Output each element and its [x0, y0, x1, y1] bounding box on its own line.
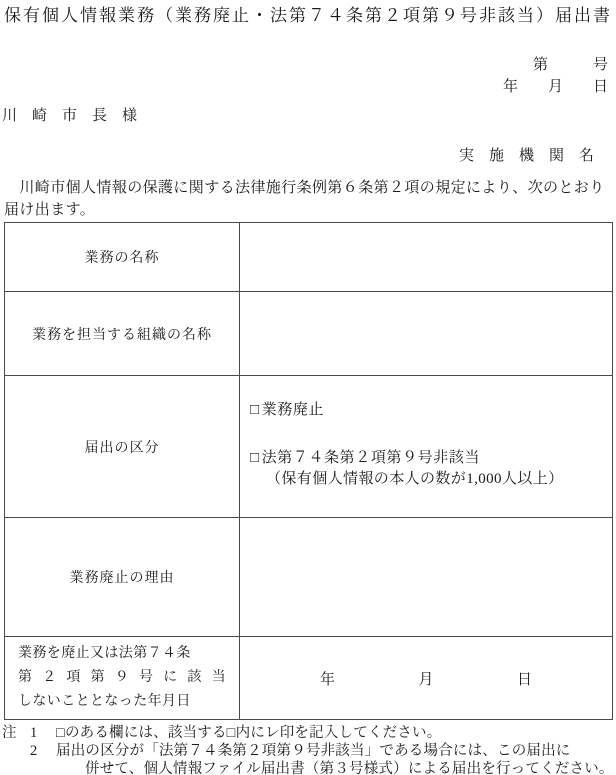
notes-section: 注 1 □のある欄には、該当する□内にレ印を記入してください。 2 届出の区分が… — [2, 724, 616, 775]
day-label: 日 — [517, 668, 532, 689]
organization-name-label: 業務を担当する組織の名称 — [5, 292, 240, 376]
intro-line: 川崎市個人情報の保護に関する法律施行条例第６条第２項の規定により、次のとおり — [4, 177, 614, 199]
option-label: 法第７４条第２項第９号非該当 — [262, 450, 480, 466]
date-of-change-label-line: しないこととなった年月日 — [18, 690, 226, 714]
note-item-2-continuation: 併せて、個人情報ファイル届出書（第３号様式）による届出を行ってください。 — [2, 760, 616, 775]
note-marker-spacer — [2, 742, 30, 760]
notification-category-options: □業務廃止 □法第７４条第２項第９号非該当 （保有個人情報の本人の数が1,000… — [240, 376, 613, 518]
date-of-change-value-cell: 年 月 日 — [240, 637, 613, 720]
table-row-abolition-reason: 業務廃止の理由 — [5, 518, 613, 637]
note-item-2: 2 届出の区分が「法第７４条第２項第９号非該当」である場合には、この届出に — [2, 742, 616, 760]
intro-paragraph: 川崎市個人情報の保護に関する法律施行条例第６条第２項の規定により、次のとおり 届… — [4, 177, 614, 221]
note-number-spacer — [30, 760, 56, 775]
business-name-value-cell — [240, 223, 613, 292]
note-text: 届出の区分が「法第７４条第２項第９号非該当」である場合には、この届出に — [56, 742, 616, 760]
date-of-change-label-line: 第２項第９号に該当 — [18, 666, 226, 690]
date-placeholder-row: 年 月 日 — [320, 668, 532, 689]
date-of-change-label-line: 業務を廃止又は法第７４条 — [18, 642, 226, 666]
addressee-line: 川 崎 市 長 様 — [2, 108, 616, 124]
business-name-label: 業務の名称 — [5, 223, 240, 292]
header-right-block: 第 号 年 月 日 — [0, 57, 616, 95]
organization-name-value-cell — [240, 292, 613, 376]
month-label: 月 — [418, 668, 433, 689]
table-row-notification-category: 届出の区分 □業務廃止 □法第７４条第２項第９号非該当 （保有個人情報の本人の数… — [5, 376, 613, 518]
notification-category-label: 届出の区分 — [5, 376, 240, 518]
option-business-abolition: □業務廃止 — [250, 400, 606, 421]
note-text: 併せて、個人情報ファイル届出書（第３号様式）による届出を行ってください。 — [56, 760, 616, 775]
document-page: 保有個人情報業務（業務廃止・法第７４条第２項第９号非該当）届出書 第 号 年 月… — [0, 0, 616, 775]
document-title: 保有個人情報業務（業務廃止・法第７４条第２項第９号非該当）届出書 — [4, 5, 616, 27]
table-row-date-of-change: 業務を廃止又は法第７４条 第２項第９号に該当 しないこととなった年月日 年 月 … — [5, 637, 613, 720]
table-row-organization-name: 業務を担当する組織の名称 — [5, 292, 613, 376]
intro-line: 届け出ます。 — [4, 199, 614, 221]
agency-name-label: 実 施 機 関 名 — [0, 148, 616, 164]
date-of-change-label: 業務を廃止又は法第７４条 第２項第９号に該当 しないこととなった年月日 — [5, 637, 240, 720]
option-article74-exemption: □法第７４条第２項第９号非該当 （保有個人情報の本人の数が1,000人以上） — [250, 448, 606, 490]
abolition-reason-value-cell — [240, 518, 613, 637]
note-marker-spacer — [2, 760, 30, 775]
note-number: 1 — [30, 724, 56, 742]
checkbox-icon: □ — [250, 402, 260, 418]
note-text: □のある欄には、該当する□内にレ印を記入してください。 — [56, 724, 616, 742]
note-item-1: 注 1 □のある欄には、該当する□内にレ印を記入してください。 — [2, 724, 616, 742]
table-row-business-name: 業務の名称 — [5, 223, 613, 292]
doc-number-line: 第 号 — [0, 57, 608, 73]
notification-form-table: 業務の名称 業務を担当する組織の名称 届出の区分 □業務廃止 □法第７４条第２項… — [4, 222, 613, 720]
option-sub-note: （保有個人情報の本人の数が1,000人以上） — [250, 469, 606, 490]
note-number: 2 — [30, 742, 56, 760]
abolition-reason-label: 業務廃止の理由 — [5, 518, 240, 637]
option-label: 業務廃止 — [262, 402, 324, 418]
issue-date-line: 年 月 日 — [0, 79, 608, 95]
year-label: 年 — [320, 668, 335, 689]
checkbox-icon: □ — [250, 450, 260, 466]
note-marker: 注 — [2, 724, 30, 742]
